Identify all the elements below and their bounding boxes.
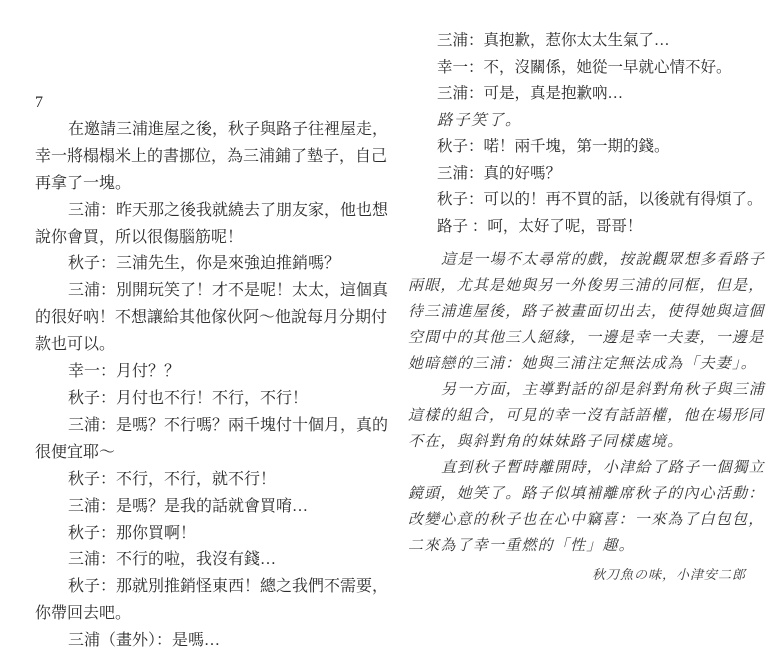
commentary-line: 鏡頭，她笑了。路子似填補離席秋子的內心活動： xyxy=(408,481,764,507)
script-line: 秋子：那就別推銷怪東西！總之我們不需要， xyxy=(35,574,393,601)
dialogue-block: 三浦：真抱歉，惹你太太生氣了… 幸一：不，沒關係，她從一早就心情不好。 三浦：可… xyxy=(437,28,764,240)
commentary-line: 另一方面，主導對話的卻是斜對角秋子與三浦 xyxy=(408,377,764,403)
commentary-line: 不在，與斜對角的妹妹路子同樣處境。 xyxy=(408,429,764,455)
script-line: 再拿了一塊。 xyxy=(35,171,393,198)
script-line: 三浦：別開玩笑了！才不是呢！太太，這個真 xyxy=(35,278,393,305)
commentary-block: 這是一場不太尋常的戲，按說觀眾想多看路子 兩眼，尤其是她與另一外俊男三浦的同框，… xyxy=(408,247,764,559)
script-line: 三浦：真的好嗎？ xyxy=(437,161,764,188)
script-line: 你帶回去吧。 xyxy=(35,601,393,628)
script-line: 三浦：真抱歉，惹你太太生氣了… xyxy=(437,28,764,55)
script-line: 在邀請三浦進屋之後，秋子與路子往裡屋走， xyxy=(35,117,393,144)
commentary-line: 她暗戀的三浦：她與三浦注定無法成為「夫妻」。 xyxy=(408,351,764,377)
script-line: 秋子：不行，不行，就不行！ xyxy=(35,467,393,494)
script-line: 秋子：喏！兩千塊，第一期的錢。 xyxy=(437,134,764,161)
film-attribution: 秋刀魚の味，小津安二郎 xyxy=(408,564,764,583)
commentary-line: 改變心意的秋子也在心中竊喜：一來為了白包包， xyxy=(408,507,764,533)
script-page: 7 在邀請三浦進屋之後，秋子與路子往裡屋走， 幸一將榻榻米上的書挪位，為三浦鋪了… xyxy=(0,0,768,670)
script-line: 秋子：月付也不行！不行，不行！ xyxy=(35,386,393,413)
script-line: 三浦：不行的啦，我沒有錢… xyxy=(35,547,393,574)
commentary-line: 直到秋子暫時離開時，小津給了路子一個獨立 xyxy=(408,455,764,481)
right-column: 三浦：真抱歉，惹你太太生氣了… 幸一：不，沒關係，她從一早就心情不好。 三浦：可… xyxy=(408,28,764,583)
script-line: 幸一：月付？？ xyxy=(35,359,393,386)
script-line: 幸一：不，沒關係，她從一早就心情不好。 xyxy=(437,55,764,82)
script-line: 三浦：是嗎？不行嗎？兩千塊付十個月，真的 xyxy=(35,413,393,440)
commentary-line: 兩眼，尤其是她與另一外俊男三浦的同框，但是， xyxy=(408,273,764,299)
left-column: 7 在邀請三浦進屋之後，秋子與路子往裡屋走， 幸一將榻榻米上的書挪位，為三浦鋪了… xyxy=(35,90,393,655)
commentary-line: 二來為了幸一重燃的「性」趣。 xyxy=(408,533,764,559)
commentary-line: 空間中的其他三人絕緣，一邊是幸一夫妻，一邊是 xyxy=(408,325,764,351)
script-line: 秋子：可以的！再不買的話，以後就有得煩了。 xyxy=(437,187,764,214)
commentary-line: 這是一場不太尋常的戲，按說觀眾想多看路子 xyxy=(408,247,764,273)
commentary-line: 待三浦進屋後，路子被畫面切出去，使得她與這個 xyxy=(408,299,764,325)
page-number: 7 xyxy=(35,90,393,117)
narration-line: 路子笑了。 xyxy=(437,108,764,135)
script-line: 三浦：是嗎？是我的話就會買唷… xyxy=(35,494,393,521)
script-line: 路子 ：呵，太好了呢，哥哥！ xyxy=(437,214,764,241)
commentary-line: 這樣的組合，可見的幸一沒有話語權，他在場形同 xyxy=(408,403,764,429)
script-line: 幸一將榻榻米上的書挪位，為三浦鋪了墊子，自己 xyxy=(35,144,393,171)
script-line: 秋子：三浦先生，你是來強迫推銷嗎？ xyxy=(35,251,393,278)
script-line: 款也可以。 xyxy=(35,332,393,359)
script-line: 三浦：昨天那之後我就繞去了朋友家，他也想 xyxy=(35,198,393,225)
script-line: 三浦：可是，真是抱歉吶… xyxy=(437,81,764,108)
script-line: 很便宜耶～ xyxy=(35,440,393,467)
script-line: 說你會買，所以很傷腦筋呢！ xyxy=(35,225,393,252)
script-line: 秋子：那你買啊！ xyxy=(35,521,393,548)
script-line: 的很好吶！不想讓給其他傢伙阿～他說每月分期付 xyxy=(35,305,393,332)
script-line: 三浦（畫外）：是嗎… xyxy=(35,628,393,655)
